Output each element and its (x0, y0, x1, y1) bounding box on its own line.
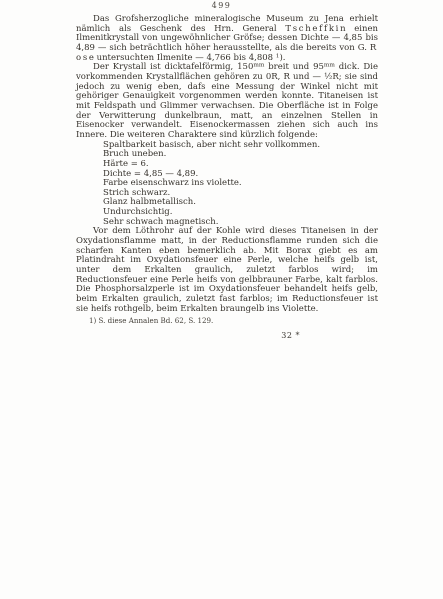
text-block: Das Grofsherzogliche mineralogische Muse… (76, 15, 378, 341)
crystal-text-1: Der Krystall ist dicktafelförmig, 150 (93, 62, 253, 72)
paragraph-crystal-description: Der Krystall ist dicktafelförmig, 150mm … (76, 63, 378, 140)
signature-mark: 32 * (76, 331, 378, 341)
footnote: 1) S. diese Annalen Bd. 62, S. 129. (76, 317, 378, 326)
crystal-text-3: dick. Die vorkommenden Krystallflächen g… (76, 62, 378, 140)
paragraph-museum-gift: Das Grofsherzogliche mineralogische Muse… (76, 15, 378, 63)
millimeter-superscript: mm (324, 63, 335, 69)
paragraph-museum-gift-text: Das Grofsherzogliche mineralogische Muse… (76, 14, 378, 63)
paragraph-blowpipe-tests: Vor dem Löthrohr auf der Kohle wird dies… (76, 227, 378, 314)
crystal-text-2: breit und 95 (264, 62, 324, 72)
millimeter-superscript: mm (253, 63, 264, 69)
paragraph-museum-gift-end: ). (279, 53, 285, 63)
mineral-property-list: Spaltbarkeit basisch, aber nicht sehr vo… (103, 141, 378, 228)
page-number: 499 (0, 1, 443, 10)
scanned-book-page: 499 Das Grofsherzogliche mineralogische … (0, 0, 443, 599)
